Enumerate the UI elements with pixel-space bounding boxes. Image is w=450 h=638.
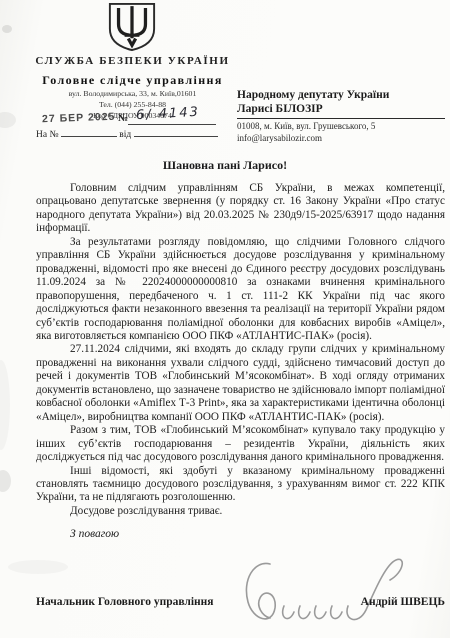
scanned-letter-page: СЛУЖБА БЕЗПЕКИ УКРАЇНИ Головне слідче уп… [0, 0, 450, 638]
signature-block: Начальник Головного управління Андрій ШВ… [36, 596, 445, 608]
letter-body: Головним слідчим управлінням СБ України,… [36, 182, 445, 542]
number-underline [128, 124, 216, 125]
valediction: З повагою [36, 528, 445, 541]
department-name: Головне слідче управління [30, 73, 235, 88]
signer-title: Начальник Головного управління [36, 596, 214, 608]
date-stamp: 27 БЕР 2025 [42, 111, 116, 126]
signer-name: Андрій ШВЕЦЬ [361, 596, 445, 608]
recipient-block: Народному депутату України Ларисі БІЛОЗІ… [237, 88, 445, 144]
paragraph-4: Разом з тим, ТОВ «Глобинський М’ясокомбі… [36, 424, 445, 464]
incoming-reference-row: На № від [36, 126, 218, 140]
recipient-email: info@larysabilozir.com [237, 133, 445, 145]
scan-smudge [0, 112, 16, 128]
from-date-blank [134, 126, 218, 137]
recipient-position: Народному депутату України [237, 88, 445, 102]
recipient-name: Ларисі БІЛОЗІР [237, 102, 445, 119]
paragraph-5: Інші відомості, які здобуті у вказаному … [36, 465, 445, 505]
scan-smudge [8, 560, 68, 574]
scan-smudge [0, 470, 11, 492]
agency-name: СЛУЖБА БЕЗПЕКИ УКРАЇНИ [30, 55, 235, 67]
paragraph-2: За результатами розгляду повідомляю, що … [36, 236, 445, 344]
salutation: Шановна пані Ларисо! [0, 158, 450, 173]
incoming-number-blank [61, 126, 117, 137]
recipient-address: 01008, м. Київ, вул. Грушевського, 5 [237, 121, 445, 133]
paragraph-1: Головним слідчим управлінням СБ України,… [36, 182, 445, 236]
letterhead-address: вул. Володимирська, 33, м. Київ,01601 [30, 89, 235, 99]
ukraine-trident-emblem-icon [103, 2, 161, 52]
incoming-number-label: На № [36, 130, 59, 140]
number-label: № [118, 113, 128, 124]
from-date-label: від [119, 130, 131, 140]
scan-smudge [2, 25, 12, 33]
paragraph-6: Досудове розслідування триває. [36, 505, 445, 518]
scan-smudge [0, 360, 10, 450]
paragraph-3: 27.11.2024 слідчими, які входять до скла… [36, 343, 445, 424]
